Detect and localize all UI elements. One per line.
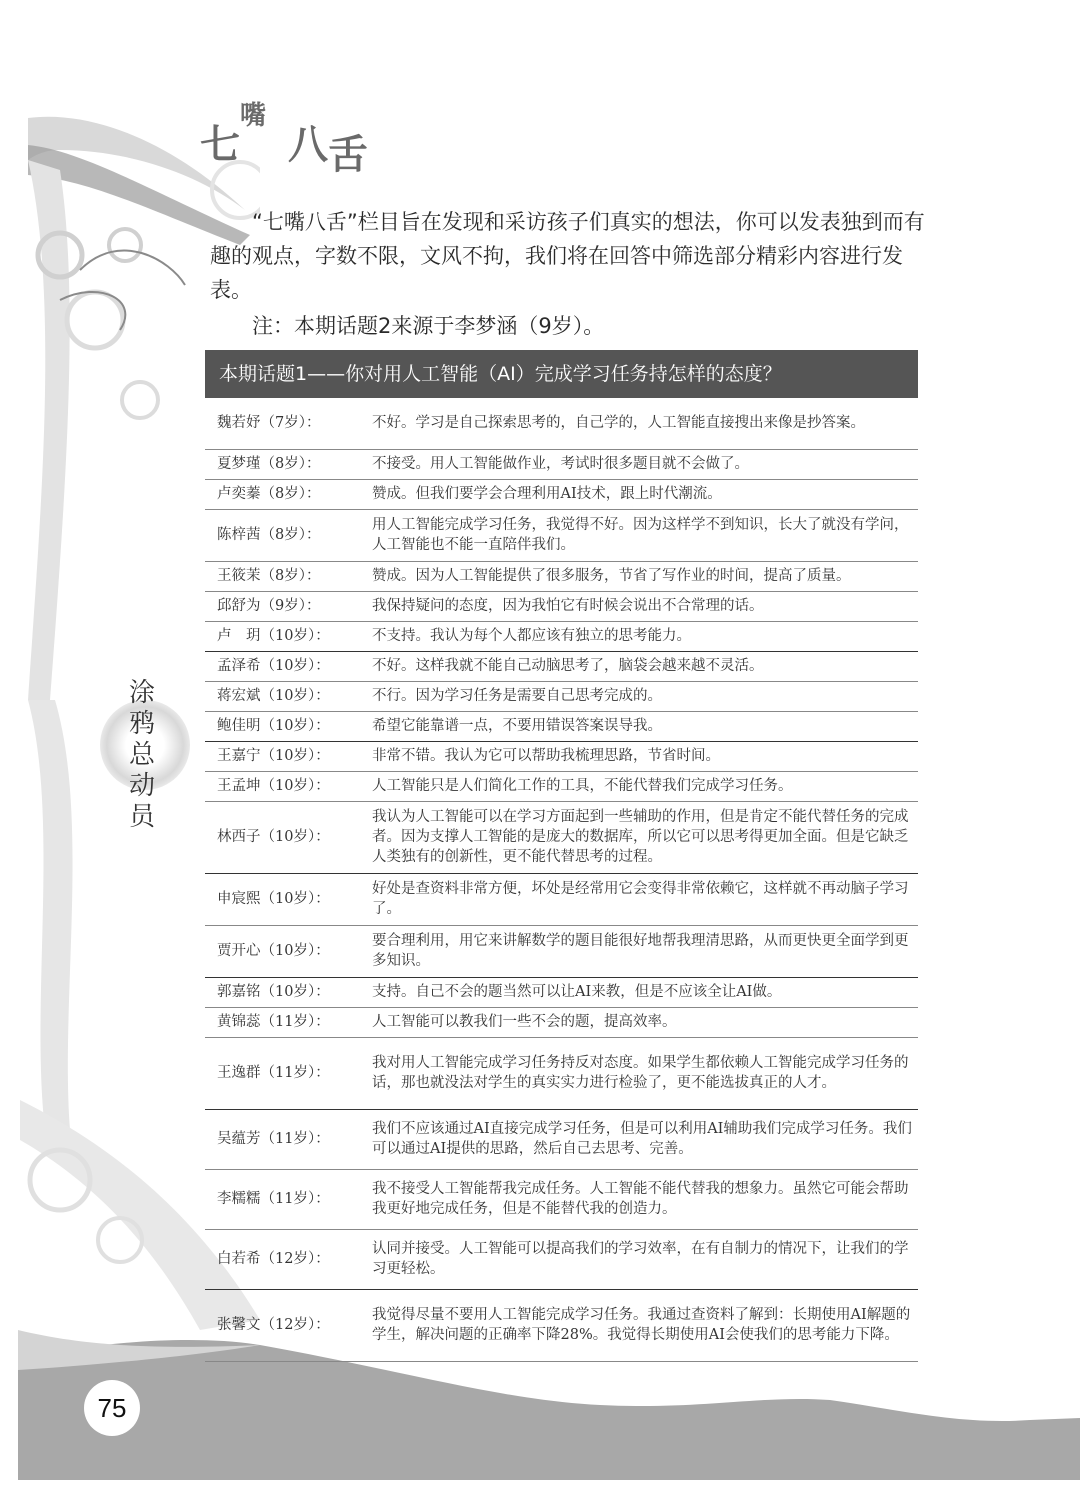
table-row: 吴蕴芳（11岁）：我们不应该通过AI直接完成学习任务，但是可以利用AI辅助我们完… — [205, 1110, 918, 1170]
response-text: 非常不错。我认为它可以帮助我梳理思路，节省时间。 — [372, 746, 918, 766]
respondent-name: 王嘉宁（10岁）： — [205, 746, 372, 766]
table-row: 邱舒为（9岁）：我保持疑问的态度，因为我怕它有时候会说出不合常理的话。 — [205, 592, 918, 622]
respondent-name: 魏若妤（7岁）： — [205, 413, 372, 433]
response-text: 赞成。因为人工智能提供了很多服务，节省了写作业的时间，提高了质量。 — [372, 566, 918, 586]
side-label-char: 动 — [112, 771, 172, 802]
side-label-char: 总 — [112, 740, 172, 771]
respondent-name: 贾开心（10岁）： — [205, 941, 372, 961]
response-text: 用人工智能完成学习任务，我觉得不好。因为这样学不到知识，长大了就没有学问，人工智… — [372, 515, 918, 555]
intro-note: 注：本期话题2来源于李梦涵（9岁）。 — [210, 309, 930, 343]
table-row: 魏若妤（7岁）：不好。学习是自己探索思考的，自己学的，人工智能直接搜出来像是抄答… — [205, 398, 918, 450]
topic-header: 本期话题1——你对用人工智能（AI）完成学习任务持怎样的态度？ — [205, 350, 918, 398]
response-text: 认同并接受。人工智能可以提高我们的学习效率，在有自制力的情况下，让我们的学习更轻… — [372, 1239, 918, 1279]
table-row: 李糯糯（11岁）：我不接受人工智能帮我完成任务。人工智能不能代替我的想象力。虽然… — [205, 1170, 918, 1230]
page-number: 75 — [84, 1380, 140, 1436]
response-text: 好处是查资料非常方便，坏处是经常用它会变得非常依赖它，这样就不再动脑子学习了。 — [372, 879, 918, 919]
column-intro: “七嘴八舌”栏目旨在发现和采访孩子们真实的想法，你可以发表独到而有趣的观点，字数… — [210, 205, 930, 343]
title-char-1: 七 — [200, 113, 240, 170]
response-text: 希望它能靠谱一点，不要用错误答案误导我。 — [372, 716, 918, 736]
response-text: 不好。学习是自己探索思考的，自己学的，人工智能直接搜出来像是抄答案。 — [372, 413, 918, 433]
table-row: 林西子（10岁）：我认为人工智能可以在学习方面起到一些辅助的作用，但是肯定不能代… — [205, 802, 918, 874]
response-text: 我保持疑问的态度，因为我怕它有时候会说出不合常理的话。 — [372, 596, 918, 616]
response-text: 不行。因为学习任务是需要自己思考完成的。 — [372, 686, 918, 706]
respondent-name: 王筱茉（8岁）： — [205, 566, 372, 586]
response-text: 人工智能只是人们简化工作的工具，不能代替我们完成学习任务。 — [372, 776, 918, 796]
respondent-name: 卢奕蓁（8岁）： — [205, 484, 372, 504]
respondent-name: 夏梦瑾（8岁）： — [205, 454, 372, 474]
respondent-name: 陈梓茜（8岁）： — [205, 525, 372, 545]
response-text: 不支持。我认为每个人都应该有独立的思考能力。 — [372, 626, 918, 646]
table-row: 蒋宏斌（10岁）：不行。因为学习任务是需要自己思考完成的。 — [205, 682, 918, 712]
response-text: 赞成。但我们要学会合理利用AI技术，跟上时代潮流。 — [372, 484, 918, 504]
respondent-name: 林西子（10岁）： — [205, 827, 372, 847]
table-row: 孟泽希（10岁）：不好。这样我就不能自己动脑思考了，脑袋会越来越不灵活。 — [205, 652, 918, 682]
table-row: 郭嘉铭（10岁）：支持。自己不会的题当然可以让AI来教，但是不应该全让AI做。 — [205, 978, 918, 1008]
side-label-char: 涂 — [112, 678, 172, 709]
responses-table: 本期话题1——你对用人工智能（AI）完成学习任务持怎样的态度？ 魏若妤（7岁）：… — [205, 350, 918, 1362]
response-text: 要合理利用，用它来讲解数学的题目能很好地帮我理清思路，从而更快更全面学到更多知识… — [372, 931, 918, 971]
response-text: 不接受。用人工智能做作业，考试时很多题目就不会做了。 — [372, 454, 918, 474]
table-row: 王逸群（11岁）：我对用人工智能完成学习任务持反对态度。如果学生都依赖人工智能完… — [205, 1038, 918, 1110]
respondent-name: 蒋宏斌（10岁）： — [205, 686, 372, 706]
table-row: 张馨文（12岁）：我觉得尽量不要用人工智能完成学习任务。我通过查资料了解到：长期… — [205, 1290, 918, 1362]
respondent-name: 鲍佳明（10岁）： — [205, 716, 372, 736]
response-text: 我觉得尽量不要用人工智能完成学习任务。我通过查资料了解到：长期使用AI解题的学生… — [372, 1305, 918, 1345]
respondent-name: 吴蕴芳（11岁）： — [205, 1129, 372, 1149]
table-row: 贾开心（10岁）：要合理利用，用它来讲解数学的题目能很好地帮我理清思路，从而更快… — [205, 926, 918, 978]
response-text: 人工智能可以教我们一些不会的题，提高效率。 — [372, 1012, 918, 1032]
respondent-name: 郭嘉铭（10岁）： — [205, 982, 372, 1002]
response-text: 我不接受人工智能帮我完成任务。人工智能不能代替我的想象力。虽然它可能会帮助我更好… — [372, 1179, 918, 1219]
respondent-name: 邱舒为（9岁）： — [205, 596, 372, 616]
intro-paragraph: “七嘴八舌”栏目旨在发现和采访孩子们真实的想法，你可以发表独到而有趣的观点，字数… — [210, 205, 930, 307]
table-row: 夏梦瑾（8岁）：不接受。用人工智能做作业，考试时很多题目就不会做了。 — [205, 450, 918, 480]
title-char-4: 舌 — [328, 123, 368, 180]
title-char-2: 嘴 — [240, 95, 266, 132]
table-row: 黄锦蕊（11岁）：人工智能可以教我们一些不会的题，提高效率。 — [205, 1008, 918, 1038]
respondent-name: 李糯糯（11岁）： — [205, 1189, 372, 1209]
respondent-name: 孟泽希（10岁）： — [205, 656, 372, 676]
response-text: 支持。自己不会的题当然可以让AI来教，但是不应该全让AI做。 — [372, 982, 918, 1002]
table-row: 王筱茉（8岁）：赞成。因为人工智能提供了很多服务，节省了写作业的时间，提高了质量… — [205, 562, 918, 592]
response-text: 不好。这样我就不能自己动脑思考了，脑袋会越来越不灵活。 — [372, 656, 918, 676]
table-row: 王嘉宁（10岁）：非常不错。我认为它可以帮助我梳理思路，节省时间。 — [205, 742, 918, 772]
section-side-label: 涂 鸦 总 动 员 — [112, 678, 172, 833]
respondent-name: 张馨文（12岁）： — [205, 1315, 372, 1335]
respondent-name: 王孟坤（10岁）： — [205, 776, 372, 796]
table-row: 卢奕蓁（8岁）：赞成。但我们要学会合理利用AI技术，跟上时代潮流。 — [205, 480, 918, 510]
respondent-name: 黄锦蕊（11岁）： — [205, 1012, 372, 1032]
table-row: 王孟坤（10岁）：人工智能只是人们简化工作的工具，不能代替我们完成学习任务。 — [205, 772, 918, 802]
response-text: 我认为人工智能可以在学习方面起到一些辅助的作用，但是肯定不能代替任务的完成者。因… — [372, 807, 918, 867]
response-text: 我们不应该通过AI直接完成学习任务，但是可以利用AI辅助我们完成学习任务。我们可… — [372, 1119, 918, 1159]
respondent-name: 申宸熙（10岁）： — [205, 889, 372, 909]
title-char-3: 八 — [288, 113, 328, 170]
table-row: 白若希（12岁）：认同并接受。人工智能可以提高我们的学习效率，在有自制力的情况下… — [205, 1230, 918, 1290]
side-label-char: 鸦 — [112, 709, 172, 740]
table-row: 卢 玥（10岁）：不支持。我认为每个人都应该有独立的思考能力。 — [205, 622, 918, 652]
table-row: 鲍佳明（10岁）：希望它能靠谱一点，不要用错误答案误导我。 — [205, 712, 918, 742]
side-label-char: 员 — [112, 802, 172, 833]
respondent-name: 王逸群（11岁）： — [205, 1063, 372, 1083]
table-row: 申宸熙（10岁）：好处是查资料非常方便，坏处是经常用它会变得非常依赖它，这样就不… — [205, 874, 918, 926]
table-row: 陈梓茜（8岁）：用人工智能完成学习任务，我觉得不好。因为这样学不到知识，长大了就… — [205, 510, 918, 562]
response-text: 我对用人工智能完成学习任务持反对态度。如果学生都依赖人工智能完成学习任务的话，那… — [372, 1053, 918, 1093]
respondent-name: 卢 玥（10岁）： — [205, 626, 372, 646]
respondent-name: 白若希（12岁）： — [205, 1249, 372, 1269]
